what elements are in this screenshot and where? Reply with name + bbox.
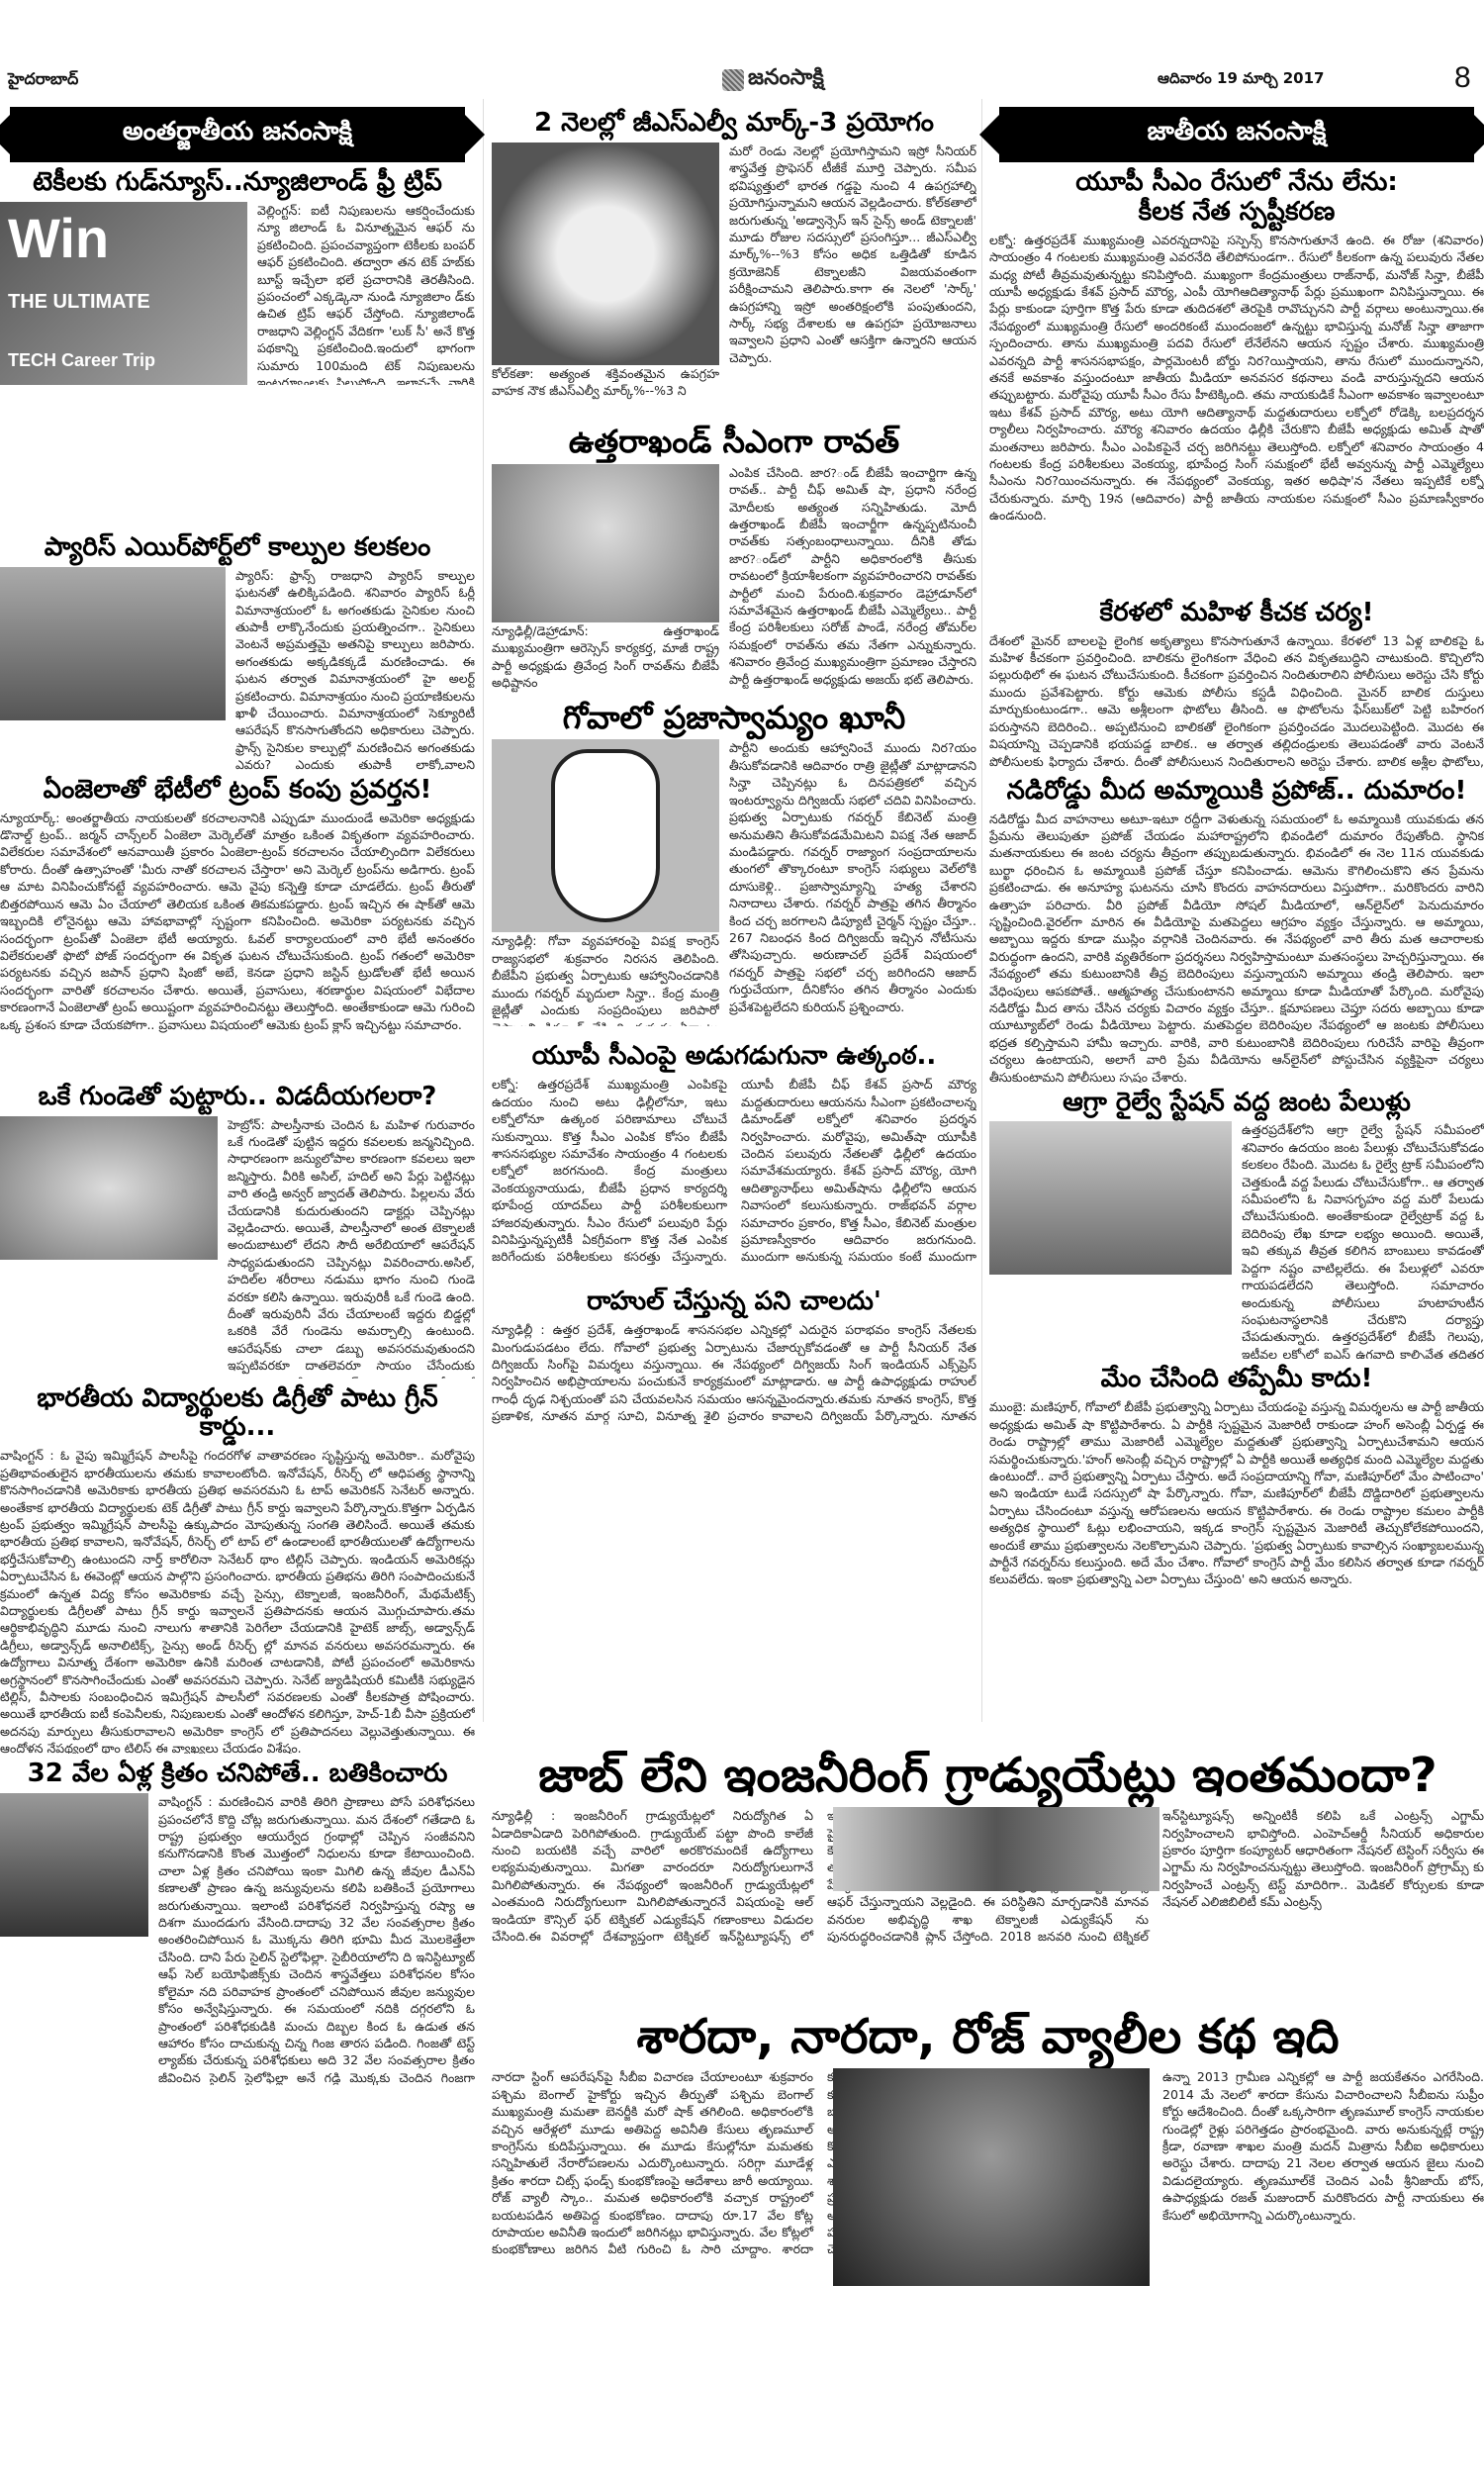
section-banner-national: జాతీయ జనంసాక్షి — [999, 107, 1474, 162]
article-body: లక్నో: ఉత్తరప్రదేశ్ ముఖ్యమంత్రి ఎవరన్నదా… — [989, 232, 1484, 593]
column-divider — [981, 99, 982, 1722]
headline: కేరళలో మహిళ కీచక చర్య! — [989, 599, 1484, 628]
headline: రాహుల్ చేస్తున్న పని చాలదు' — [492, 1287, 976, 1317]
headline: నడిరోడ్డు మీద అమ్మాయికి ప్రపోజ్.. దుమారం… — [989, 777, 1484, 807]
article-body: ప్యారిస్: ఫ్రాన్స్ రాజధాని ప్యారిస్ కాల్… — [235, 567, 475, 770]
article-body: పార్టీని అందుకు ఆహ్వానించే ముందు నిర?యం … — [729, 739, 976, 1036]
headline: ప్యారిస్ ఎయిర్‌పోర్ట్‌లో కాల్పుల కలకలం — [0, 533, 475, 563]
hand-symbol-icon — [551, 749, 660, 922]
article-nz-trip: టెకీలకు గుడ్‌న్యూస్..న్యూజిలాండ్ ఫ్రీ ట్… — [0, 168, 475, 385]
article-conjoined-twins: ఒకే గుండెతో పుట్టారు.. విడదీయగలరా? హెబ్ర… — [0, 1083, 475, 1379]
newspaper-logo: జనంసాక్షి — [722, 65, 824, 95]
headline: ఉత్తరాఖండ్ సీఎంగా రావత్ — [492, 424, 976, 460]
article-amit-shah: మేం చేసింది తప్పేమీ కాదు! ముంబై: మణిపూర్… — [989, 1365, 1484, 1621]
international-section: అంతర్జాతీయ జనంసాక్షి టెకీలకు గుడ్‌న్యూస్… — [0, 99, 475, 2085]
article-up-cm-race: యూపీ సీఎం రేసులో నేను లేను: కీలక నేత స్ప… — [989, 168, 1484, 593]
logo-text: జనంసాక్షి — [748, 65, 824, 95]
article-body: వాషింగ్టన్ : ఓ వైపు ఇమ్మిగ్రేషన్ పాలసీపై… — [0, 1447, 475, 1754]
headline: భారతీయ విద్యార్థులకు డిగ్రీతో పాటు గ్రీన… — [0, 1384, 475, 1444]
nz-trip-image: Win THE ULTIMATE TECH Career Trip — [0, 202, 247, 385]
article-goa-democracy: గోవాలో ప్రజాస్వామ్యం ఖూనీ న్యూఢిల్లీ: గో… — [492, 700, 976, 1037]
article-body: వెల్లింగ్టన్: ఐటీ నిపుణులను ఆకర్షించేందు… — [257, 202, 475, 385]
paris-airport-image — [0, 567, 226, 720]
article-body: వాషింగ్టన్ : మరణించిన వారికి తిరిగి ప్రా… — [158, 1793, 475, 2085]
article-green-card: భారతీయ విద్యార్థులకు డిగ్రీతో పాటు గ్రీన… — [0, 1384, 475, 1755]
headline: శారదా, నారదా, రోజ్ వ్యాలీల కథ ఇది — [492, 2010, 1484, 2064]
mamata-portrait — [833, 2068, 1150, 2286]
national-section: జాతీయ జనంసాక్షి యూపీ సీఎం రేసులో నేను లే… — [989, 99, 1484, 1621]
article-trump-merkel: ఏంజెలాతో భేటీలో ట్రంప్ కంపు ప్రవర్తన! న్… — [0, 776, 475, 1077]
article-body: ముంబై: మణిపూర్, గోవాలో బీజేపీ ప్రభుత్వాన… — [989, 1398, 1484, 1621]
article-body: హెబ్రోన్: పాలస్తీనాకు చెందిన ఓ మహిళ గురు… — [228, 1116, 475, 1379]
graduates-image — [833, 1807, 1159, 1891]
article-uttarakhand-cm: ఉత్తరాఖండ్ సీఎంగా రావత్ న్యూఢిల్లీ/డెహ్ర… — [492, 424, 976, 692]
headline: టెకీలకు గుడ్‌న్యూస్..న్యూజిలాండ్ ఫ్రీ ట్… — [0, 168, 475, 198]
page-number: 8 — [1454, 61, 1471, 95]
article-body: దేశంలో మైనర్ బాలలపై లైంగిక అకృత్యాలు కొన… — [989, 632, 1484, 771]
image-caption: కోల్‌కతా: అత్యంత శక్తివంతమైన ఉపగ్రహ వాహక… — [492, 365, 719, 400]
headline: జాబ్ లేని ఇంజనీరింగ్ గ్రాడ్యుయేట్లు ఇంతమ… — [492, 1749, 1484, 1803]
gslv-rocket-image — [492, 143, 719, 365]
headline: ఒకే గుండెతో పుట్టారు.. విడదీయగలరా? — [0, 1083, 475, 1112]
masthead: హైదరాబాద్ జనంసాక్షి ఆదివారం 19 మార్చి 20… — [0, 0, 1484, 99]
article-engineering-jobs: జాబ్ లేని ఇంజనీరింగ్ గ్రాడ్యుయేట్లు ఇంతమ… — [492, 1749, 1484, 1985]
headline: 2 నెలల్లో జీఎస్ఎల్వీ మార్క్-3 ప్రయోగం — [492, 109, 976, 139]
edition-city: హైదరాబాద్ — [8, 69, 78, 92]
article-up-cm-suspense: యూపీ సీఎంపై అడుగడుగునా ఉత్కంఠ.. లక్నో: ఉ… — [492, 1042, 976, 1274]
headline: యూపీ సీఎం రేసులో నేను లేను: కీలక నేత స్ప… — [989, 168, 1484, 228]
headline: గోవాలో ప్రజాస్వామ్యం ఖూనీ — [492, 700, 976, 736]
section-banner-international: అంతర్జాతీయ జనంసాక్షి — [10, 107, 465, 162]
plant-image — [0, 1793, 148, 1937]
column-divider — [483, 99, 484, 1722]
headline: మేం చేసింది తప్పేమీ కాదు! — [989, 1365, 1484, 1394]
article-body: మరో రెండు నెలల్లో ప్రయోగిస్తామని ఇస్రో స… — [729, 143, 976, 410]
article-saradha-narada: శారదా, నారదా, రోజ్ వ్యాలీల కథ ఇది నారదా … — [492, 2010, 1484, 2355]
headline: యూపీ సీఎంపై అడుగడుగునా ఉత్కంఠ.. — [492, 1042, 976, 1072]
article-body: నడిరోడ్డు మీద వాహనాలు అటూ-ఇటూ రద్దీగా వె… — [989, 810, 1484, 1083]
article-ancient-plant: 32 వేల ఏళ్ల క్రితం చనిపోతే.. బతికించారు … — [0, 1760, 475, 2085]
rawat-portrait — [492, 464, 719, 622]
article-agra-blasts: ఆగ్రా రైల్వే స్టేషన్ వద్ద జంట పేలుళ్లు ఉ… — [989, 1089, 1484, 1360]
article-body: న్యూఢిల్లీ : ఉత్తర ప్రదేశ్, ఉత్తరాఖండ్ శ… — [492, 1321, 976, 1425]
middle-section: 2 నెలల్లో జీఎస్ఎల్వీ మార్క్-3 ప్రయోగం కో… — [492, 99, 976, 1425]
article-body: లక్నో: ఉత్తరప్రదేశ్ ముఖ్యమంత్రి ఎంపికపై … — [492, 1076, 976, 1274]
article-gslv: 2 నెలల్లో జీఎస్ఎల్వీ మార్క్-3 ప్రయోగం కో… — [492, 109, 976, 410]
congress-hand-image — [492, 739, 719, 932]
headline: ఆగ్రా రైల్వే స్టేషన్ వద్ద జంట పేలుళ్లు — [989, 1089, 1484, 1118]
article-body: ఎంపిక చేసింది. జార?ండ్ బీజేపీ ఇంచార్జిగా… — [729, 464, 976, 692]
article-kerala: కేరళలో మహిళ కీచక చర్య! దేశంలో మైనర్ బాలల… — [989, 599, 1484, 771]
article-rahul: రాహుల్ చేస్తున్న పని చాలదు' న్యూఢిల్లీ :… — [492, 1287, 976, 1425]
image-caption: న్యూఢిల్లీ: గోవా వ్యవహారంపై విపక్ష కాంగ్… — [492, 932, 719, 1026]
twins-image — [0, 1116, 218, 1260]
article-body: న్యూయార్క్: అంతర్జాతీయ నాయకులతో కరచాలనాన… — [0, 809, 475, 1077]
article-paris-airport: ప్యారిస్ ఎయిర్‌పోర్ట్‌లో కాల్పుల కలకలం ప… — [0, 533, 475, 770]
headline: 32 వేల ఏళ్ల క్రితం చనిపోతే.. బతికించారు — [0, 1760, 475, 1789]
logo-icon — [722, 69, 744, 91]
image-caption: న్యూఢిల్లీ/డెహ్రాడూన్: ఉత్తరాఖండ్ ముఖ్యమ… — [492, 622, 719, 692]
article-body: ఉత్తరప్రదేశ్‌లోని ఆగ్రా రైల్వే స్టేషన్ స… — [1242, 1121, 1484, 1359]
article-proposal: నడిరోడ్డు మీద అమ్మాయికి ప్రపోజ్.. దుమారం… — [989, 777, 1484, 1083]
bottom-section: జాబ్ లేని ఇంజనీరింగ్ గ్రాడ్యుయేట్లు ఇంతమ… — [492, 1727, 1484, 2355]
issue-date: ఆదివారం 19 మార్చి 2017 — [1158, 69, 1324, 91]
headline: ఏంజెలాతో భేటీలో ట్రంప్ కంపు ప్రవర్తన! — [0, 776, 475, 806]
agra-station-image — [989, 1121, 1232, 1275]
